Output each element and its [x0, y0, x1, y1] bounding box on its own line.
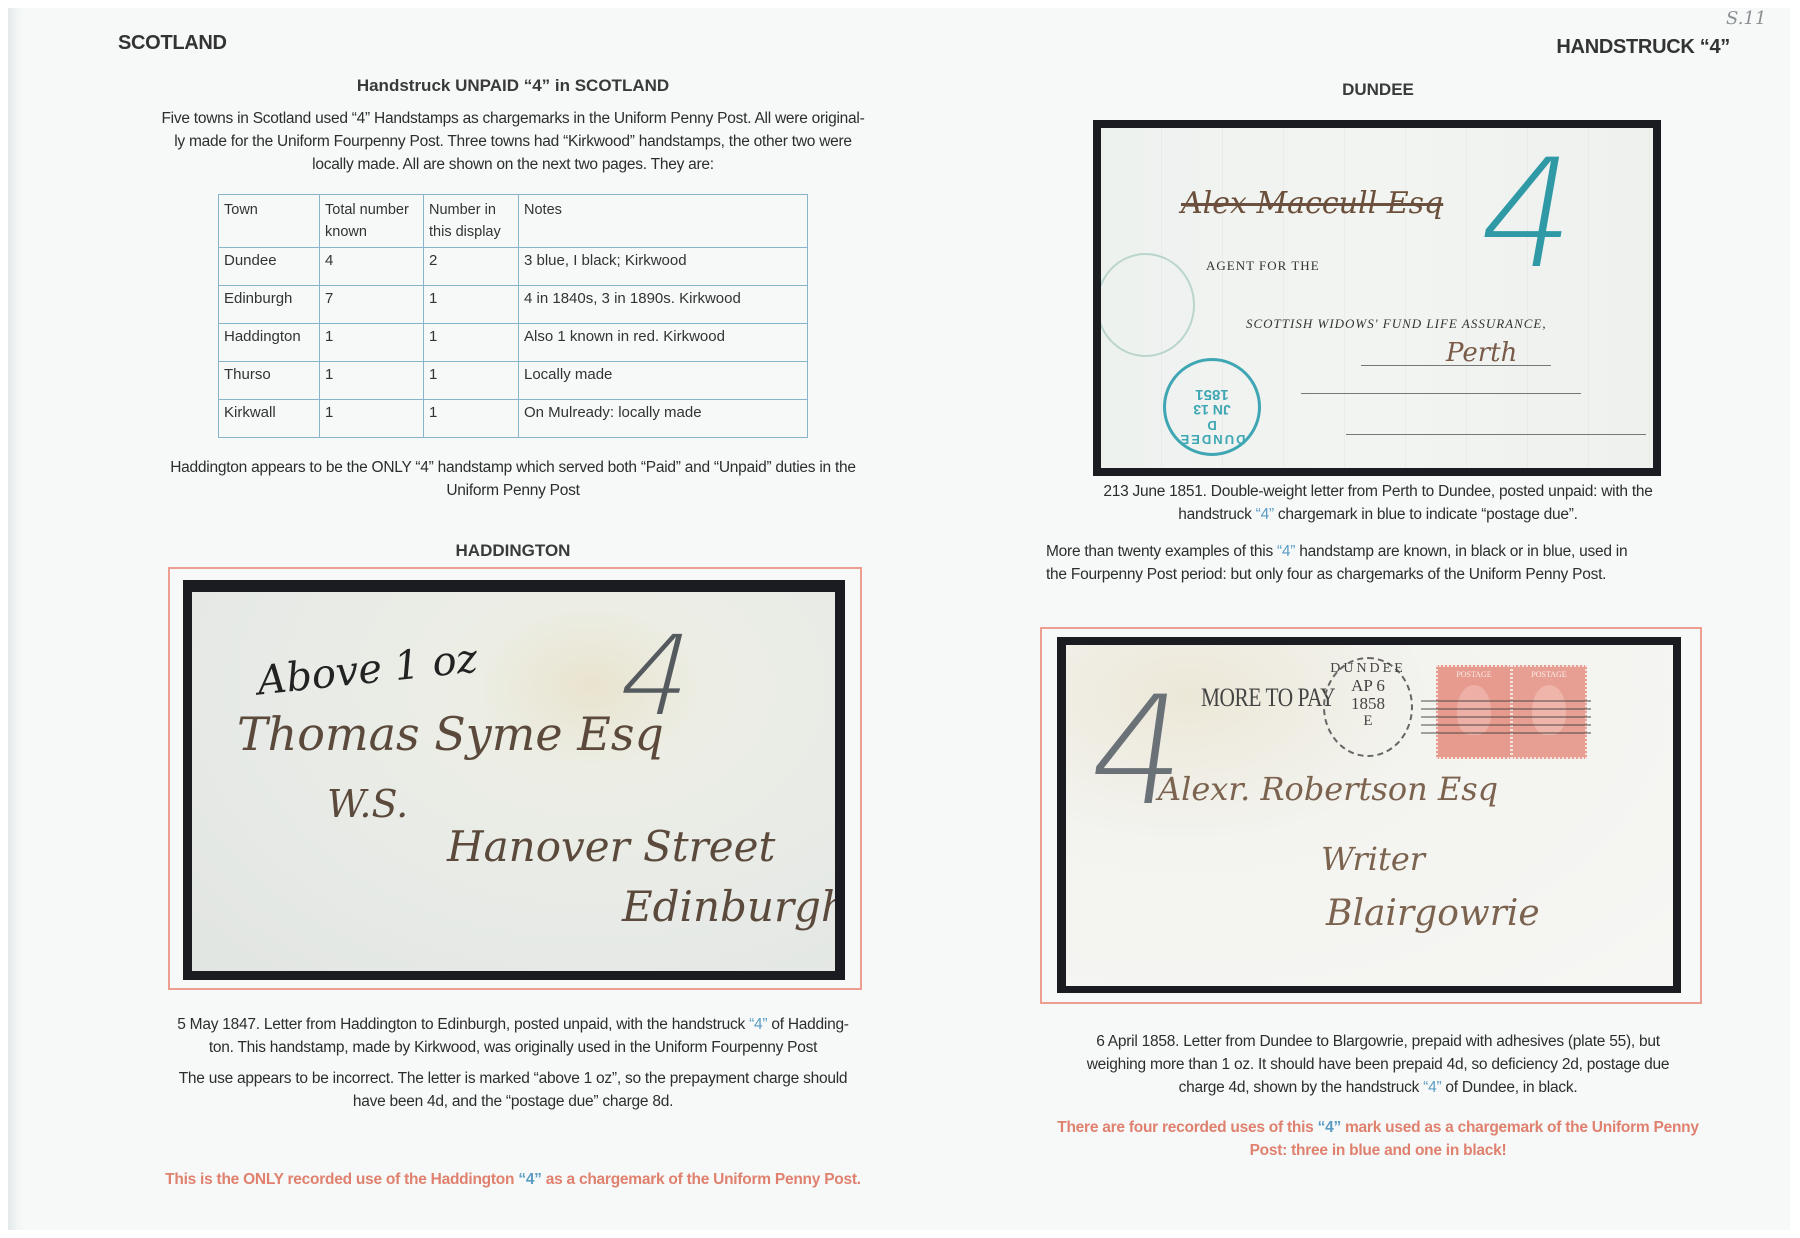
dundee-1858-cover: MORE TO PAY DUNDEE AP 6 1858 E POSTAGE P…	[1066, 645, 1673, 986]
caption-line: the Fourpenny Post period: but only four…	[1046, 563, 1736, 586]
caption-line: handstruck “4” chargemark in blue to ind…	[1038, 503, 1718, 526]
cell-town: Haddington	[219, 324, 320, 362]
table-row: Kirkwall 1 1 On Mulready: locally made	[219, 400, 808, 438]
cell-display: 1	[424, 286, 519, 324]
note-line: Uniform Penny Post	[108, 479, 918, 502]
dundee-highlight: There are four recorded uses of this “4”…	[1038, 1116, 1718, 1162]
table-row: Thurso 1 1 Locally made	[219, 362, 808, 400]
dundee-blue-datestamp: DUNDEE D JN 13 1851	[1163, 358, 1261, 456]
datestamp-letter: D	[1166, 418, 1258, 432]
column-header-town: Town	[219, 195, 320, 248]
address-rule	[1301, 393, 1581, 394]
table-row: Dundee 4 2 3 blue, I black; Kirkwood	[219, 248, 808, 286]
album-page: SCOTLAND HANDSTRUCK “4” S.11 Handstruck …	[8, 8, 1790, 1230]
column-header-notes: Notes	[519, 195, 808, 248]
address-line: Writer	[1321, 840, 1425, 878]
dundee-1851-caption: 213 June 1851. Double-weight letter from…	[1038, 480, 1718, 526]
caption-line: The use appears to be incorrect. The let…	[108, 1067, 918, 1090]
caption-line: ton. This handstamp, made by Kirkwood, w…	[108, 1036, 918, 1059]
cell-total: 1	[320, 362, 424, 400]
caption-line: have been 4d, and the “postage due” char…	[108, 1090, 918, 1113]
dundee-datestamp: DUNDEE AP 6 1858 E	[1323, 657, 1413, 757]
cell-town: Dundee	[219, 248, 320, 286]
address-rule	[1346, 434, 1646, 435]
header-country: SCOTLAND	[118, 32, 227, 55]
addressee: Alex Maccull Esq	[1181, 186, 1443, 221]
column-header-display: Number inthis display	[424, 195, 519, 248]
printed-company-line: SCOTTISH WIDOWS' FUND LIFE ASSURANCE,	[1246, 316, 1547, 332]
intro-line: Five towns in Scotland used “4” Handstam…	[108, 107, 918, 130]
caption-line: 5 May 1847. Letter from Haddington to Ed…	[108, 1013, 918, 1036]
manuscript-weight: Above 1 oz	[255, 636, 479, 705]
note-line: Haddington appears to be the ONLY “4” ha…	[108, 456, 918, 479]
cell-notes: 3 blue, I black; Kirkwood	[519, 248, 808, 286]
table-row: Haddington 1 1 Also 1 known in red. Kirk…	[219, 324, 808, 362]
black-chargemark-4: 4	[1079, 665, 1199, 839]
cell-display: 1	[424, 324, 519, 362]
cell-total: 7	[320, 286, 424, 324]
intro-line: locally made. All are shown on the next …	[108, 153, 918, 176]
chargemark-4-text: “4”	[1423, 1079, 1441, 1096]
header-topic: HANDSTRUCK “4”	[1556, 36, 1730, 59]
chargemark-4-text: “4”	[1277, 543, 1295, 560]
address-line: Alexr. Robertson Esq	[1158, 770, 1498, 808]
datestamp-date: JN 13	[1166, 402, 1258, 418]
highlight-line: Post: three in blue and one in black!	[1038, 1139, 1718, 1162]
obliterator-bars	[1421, 700, 1591, 740]
address-line: Thomas Syme Esq	[237, 707, 664, 761]
intro-line: ly made for the Uniform Fourpenny Post. …	[108, 130, 918, 153]
column-header-total: Total numberknown	[320, 195, 424, 248]
table-header-row: Town Total numberknown Number inthis dis…	[219, 195, 808, 248]
address-rule	[1361, 365, 1551, 366]
cell-town: Edinburgh	[219, 286, 320, 324]
highlight-line: There are four recorded uses of this “4”…	[1038, 1116, 1718, 1139]
intro-title: Handstruck UNPAID “4” in SCOTLAND	[118, 76, 908, 96]
cell-notes: On Mulready: locally made	[519, 400, 808, 438]
address-line: Edinburgh	[622, 882, 835, 931]
haddington-cover: Above 1 oz 4 Thomas Syme Esq W.S. Hanove…	[192, 592, 835, 971]
caption-line: 6 April 1858. Letter from Dundee to Blar…	[1038, 1030, 1718, 1053]
stamp-label: POSTAGE	[1438, 670, 1510, 679]
cell-display: 1	[424, 362, 519, 400]
town-perth: Perth	[1446, 338, 1517, 368]
address-line: W.S.	[327, 782, 408, 826]
caption-line: 213 June 1851. Double-weight letter from…	[1038, 480, 1718, 503]
caption-line: weighing more than 1 oz. It should have …	[1038, 1053, 1718, 1076]
table-row: Edinburgh 7 1 4 in 1840s, 3 in 1890s. Ki…	[219, 286, 808, 324]
chargemark-4-text: “4”	[1318, 1119, 1341, 1136]
datestamp-date: AP 6	[1325, 677, 1411, 695]
chargemark-4-text: “4”	[518, 1171, 541, 1188]
datestamp-town: DUNDEE	[1325, 661, 1411, 677]
more-to-pay-handstamp: MORE TO PAY	[1201, 683, 1335, 713]
caption-line: charge 4d, shown by the handstruck “4” o…	[1038, 1076, 1718, 1099]
pencil-page-number: S.11	[1726, 8, 1766, 29]
chargemark-4-text: “4”	[749, 1016, 767, 1033]
haddington-highlight: This is the ONLY recorded use of the Had…	[108, 1168, 918, 1191]
dundee-1858-caption: 6 April 1858. Letter from Dundee to Blar…	[1038, 1030, 1718, 1099]
haddington-title: HADDINGTON	[118, 541, 908, 561]
cell-total: 4	[320, 248, 424, 286]
cell-town: Kirkwall	[219, 400, 320, 438]
datestamp-year: 1851	[1166, 386, 1258, 402]
chargemark-4-text: “4”	[1256, 506, 1274, 523]
address-line: Hanover Street	[447, 822, 775, 871]
cell-notes: Also 1 known in red. Kirkwood	[519, 324, 808, 362]
printed-agent-line: AGENT FOR THE	[1206, 258, 1320, 274]
datestamp-year: 1858	[1325, 695, 1411, 713]
intro-text: Five towns in Scotland used “4” Handstam…	[108, 107, 918, 176]
dundee-title: DUNDEE	[1038, 80, 1718, 100]
haddington-caption: 5 May 1847. Letter from Haddington to Ed…	[108, 1013, 918, 1113]
dundee-1851-cover: Alex Maccull Esq AGENT FOR THE SCOTTISH …	[1101, 128, 1653, 468]
address-line: Blairgowrie	[1326, 893, 1540, 934]
datestamp-town: DUNDEE	[1166, 432, 1258, 447]
caption-line: More than twenty examples of this “4” ha…	[1046, 540, 1736, 563]
datestamp-letter: E	[1325, 713, 1411, 729]
stamp-label: POSTAGE	[1513, 670, 1585, 679]
cell-town: Thurso	[219, 362, 320, 400]
cell-notes: Locally made	[519, 362, 808, 400]
cell-display: 2	[424, 248, 519, 286]
cell-total: 1	[320, 324, 424, 362]
dundee-examples-note: More than twenty examples of this “4” ha…	[1046, 540, 1736, 586]
cell-display: 1	[424, 400, 519, 438]
cell-total: 1	[320, 400, 424, 438]
cell-notes: 4 in 1840s, 3 in 1890s. Kirkwood	[519, 286, 808, 324]
towns-table: Town Total numberknown Number inthis dis…	[218, 194, 808, 438]
haddington-note: Haddington appears to be the ONLY “4” ha…	[108, 456, 918, 502]
